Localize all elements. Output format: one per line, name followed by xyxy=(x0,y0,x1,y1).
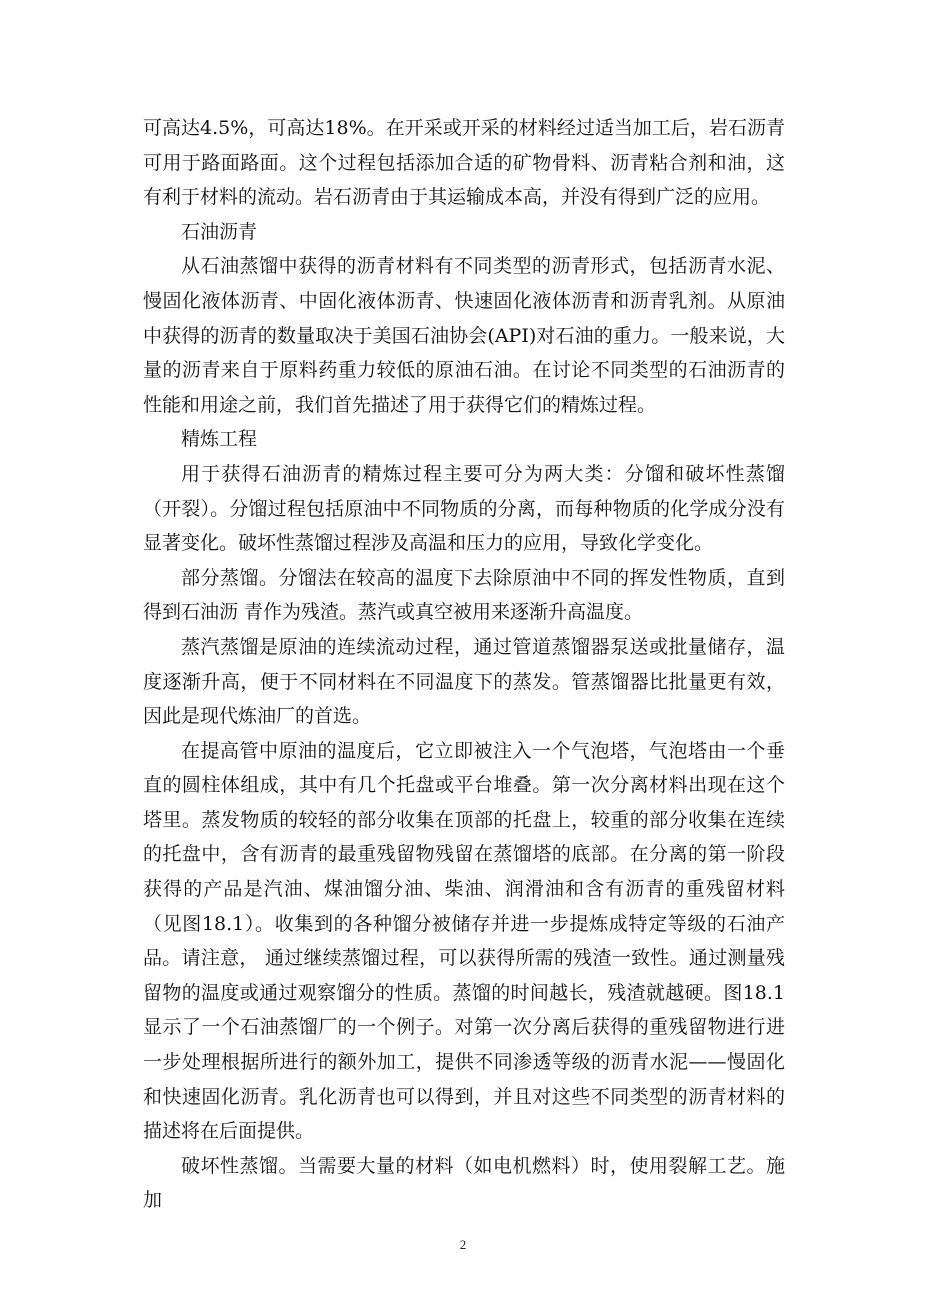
paragraph-destructive-distillation: 破坏性蒸馏。当需要大量的材料（如电机燃料）时，使用裂解工艺。施加 xyxy=(143,1149,785,1218)
document-page: 可高达4.5%，可高达18%。在开采或开采的材料经过适当加工后，岩石沥青可用于路… xyxy=(0,0,926,1309)
paragraph-refining-overview: 用于获得石油沥青的精炼过程主要可分为两大类：分馏和破坏性蒸馏（开裂）。分馏过程包… xyxy=(143,457,785,561)
paragraph-rock-asphalt-continuation: 可高达4.5%，可高达18%。在开采或开采的材料经过适当加工后，岩石沥青可用于路… xyxy=(143,111,785,215)
paragraph-petroleum-asphalt: 从石油蒸馏中获得的沥青材料有不同类型的沥青形式，包括沥青水泥、慢固化液体沥青、中… xyxy=(143,249,785,422)
section-heading-refining-process: 精炼工程 xyxy=(143,422,785,457)
document-body: 可高达4.5%，可高达18%。在开采或开采的材料经过适当加工后，岩石沥青可用于路… xyxy=(143,111,785,1218)
paragraph-bubble-tower: 在提高管中原油的温度后，它立即被注入一个气泡塔，气泡塔由一个垂直的圆柱体组成，其… xyxy=(143,734,785,1149)
section-heading-petroleum-asphalt: 石油沥青 xyxy=(143,215,785,250)
page-number: 2 xyxy=(0,1237,926,1253)
paragraph-fractional-distillation: 部分蒸馏。分馏法在较高的温度下去除原油中不同的挥发性物质，直到得到石油沥 青作为… xyxy=(143,561,785,630)
paragraph-steam-distillation: 蒸汽蒸馏是原油的连续流动过程，通过管道蒸馏器泵送或批量储存，温度逐渐升高，便于不… xyxy=(143,630,785,734)
